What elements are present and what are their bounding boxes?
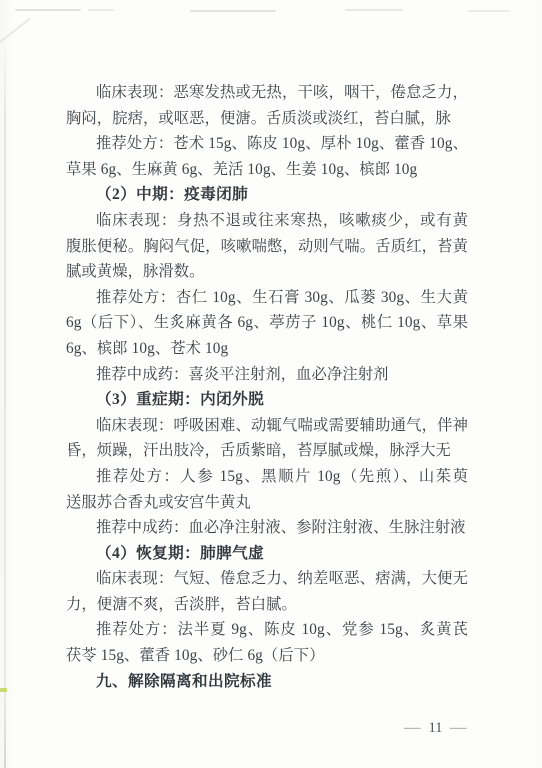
text-line: 推荐处方：苍术 15g、陈皮 10g、厚朴 10g、藿香 10g、 xyxy=(66,131,468,157)
scan-artifact-top-line xyxy=(15,9,81,11)
scan-artifact-top-line xyxy=(190,10,276,12)
text-line: 推荐中成药：血必净注射液、参附注射液、生脉注射液 xyxy=(66,515,468,541)
text-line: 临床表现：恶寒发热或无热，干咳，咽干，倦怠乏力， xyxy=(66,80,468,106)
scan-artifact-top-line xyxy=(88,9,114,11)
scan-artifact-highlight-tick xyxy=(0,688,7,692)
text-line: 临床表现：呼吸困难、动辄气喘或需要辅助通气，伴神 xyxy=(66,413,468,439)
section-heading: 九、解除隔离和出院标准 xyxy=(66,669,468,695)
text-line: 推荐处方：法半夏 9g、陈皮 10g、党参 15g、炙黄芪 30g、 xyxy=(66,617,468,643)
scan-artifact-left-edge-line xyxy=(4,38,6,768)
section-heading: （3）重症期：内闭外脱 xyxy=(66,387,468,413)
page-number: 11 xyxy=(429,719,443,737)
text-line: 临床表现：气短、倦怠乏力、纳差呕恶、痞满，大便无 xyxy=(66,566,468,592)
page-footer: — 11 — xyxy=(405,719,466,737)
text-line: 胸闷，脘痞，或呕恶，便溏。舌质淡或淡红，苔白腻，脉濡。 xyxy=(66,106,468,132)
text-line: 腻或黄燥，脉滑数。 xyxy=(66,259,468,285)
footer-dash-right: — xyxy=(450,719,467,737)
section-heading: （2）中期：疫毒闭肺 xyxy=(66,182,468,208)
footer-dash-left: — xyxy=(404,719,421,737)
text-line: 茯苓 15g、藿香 10g、砂仁 6g（后下） xyxy=(66,643,468,669)
text-line: 推荐中成药：喜炎平注射剂，血必净注射剂 xyxy=(66,362,468,388)
text-line: 昏，烦躁，汗出肢冷，舌质紫暗，苔厚腻或燥，脉浮大无根。 xyxy=(66,438,468,464)
document-page: 临床表现：恶寒发热或无热，干咳，咽干，倦怠乏力，胸闷，脘痞，或呕恶，便溏。舌质淡… xyxy=(0,0,542,768)
scan-artifact-top-line xyxy=(345,9,403,11)
text-line: 送服苏合香丸或安宫牛黄丸 xyxy=(66,490,468,516)
scan-artifact-corner-line xyxy=(0,18,30,44)
document-body: 临床表现：恶寒发热或无热，干咳，咽干，倦怠乏力，胸闷，脘痞，或呕恶，便溏。舌质淡… xyxy=(66,80,468,694)
text-line: 临床表现：身热不退或往来寒热，咳嗽痰少，或有黄痰， xyxy=(66,208,468,234)
text-line: 推荐处方：杏仁 10g、生石膏 30g、瓜蒌 30g、生大黄 xyxy=(66,285,468,311)
text-line: 腹胀便秘。胸闷气促，咳嗽喘憋，动则气喘。舌质红，苔黄 xyxy=(66,234,468,260)
text-line: 6g（后下）、生炙麻黄各 6g、葶苈子 10g、桃仁 10g、草果 xyxy=(66,310,468,336)
text-line: 6g、槟郎 10g、苍术 10g xyxy=(66,336,468,362)
text-line: 草果 6g、生麻黄 6g、羌活 10g、生姜 10g、槟郎 10g xyxy=(66,157,468,183)
section-heading: （4）恢复期：肺脾气虚 xyxy=(66,541,468,567)
text-line: 力，便溏不爽，舌淡胖，苔白腻。 xyxy=(66,592,468,618)
scan-artifact-top-line xyxy=(468,10,510,12)
text-line: 推荐处方：人参 15g、黑顺片 10g（先煎）、山茱萸 15g， xyxy=(66,464,468,490)
